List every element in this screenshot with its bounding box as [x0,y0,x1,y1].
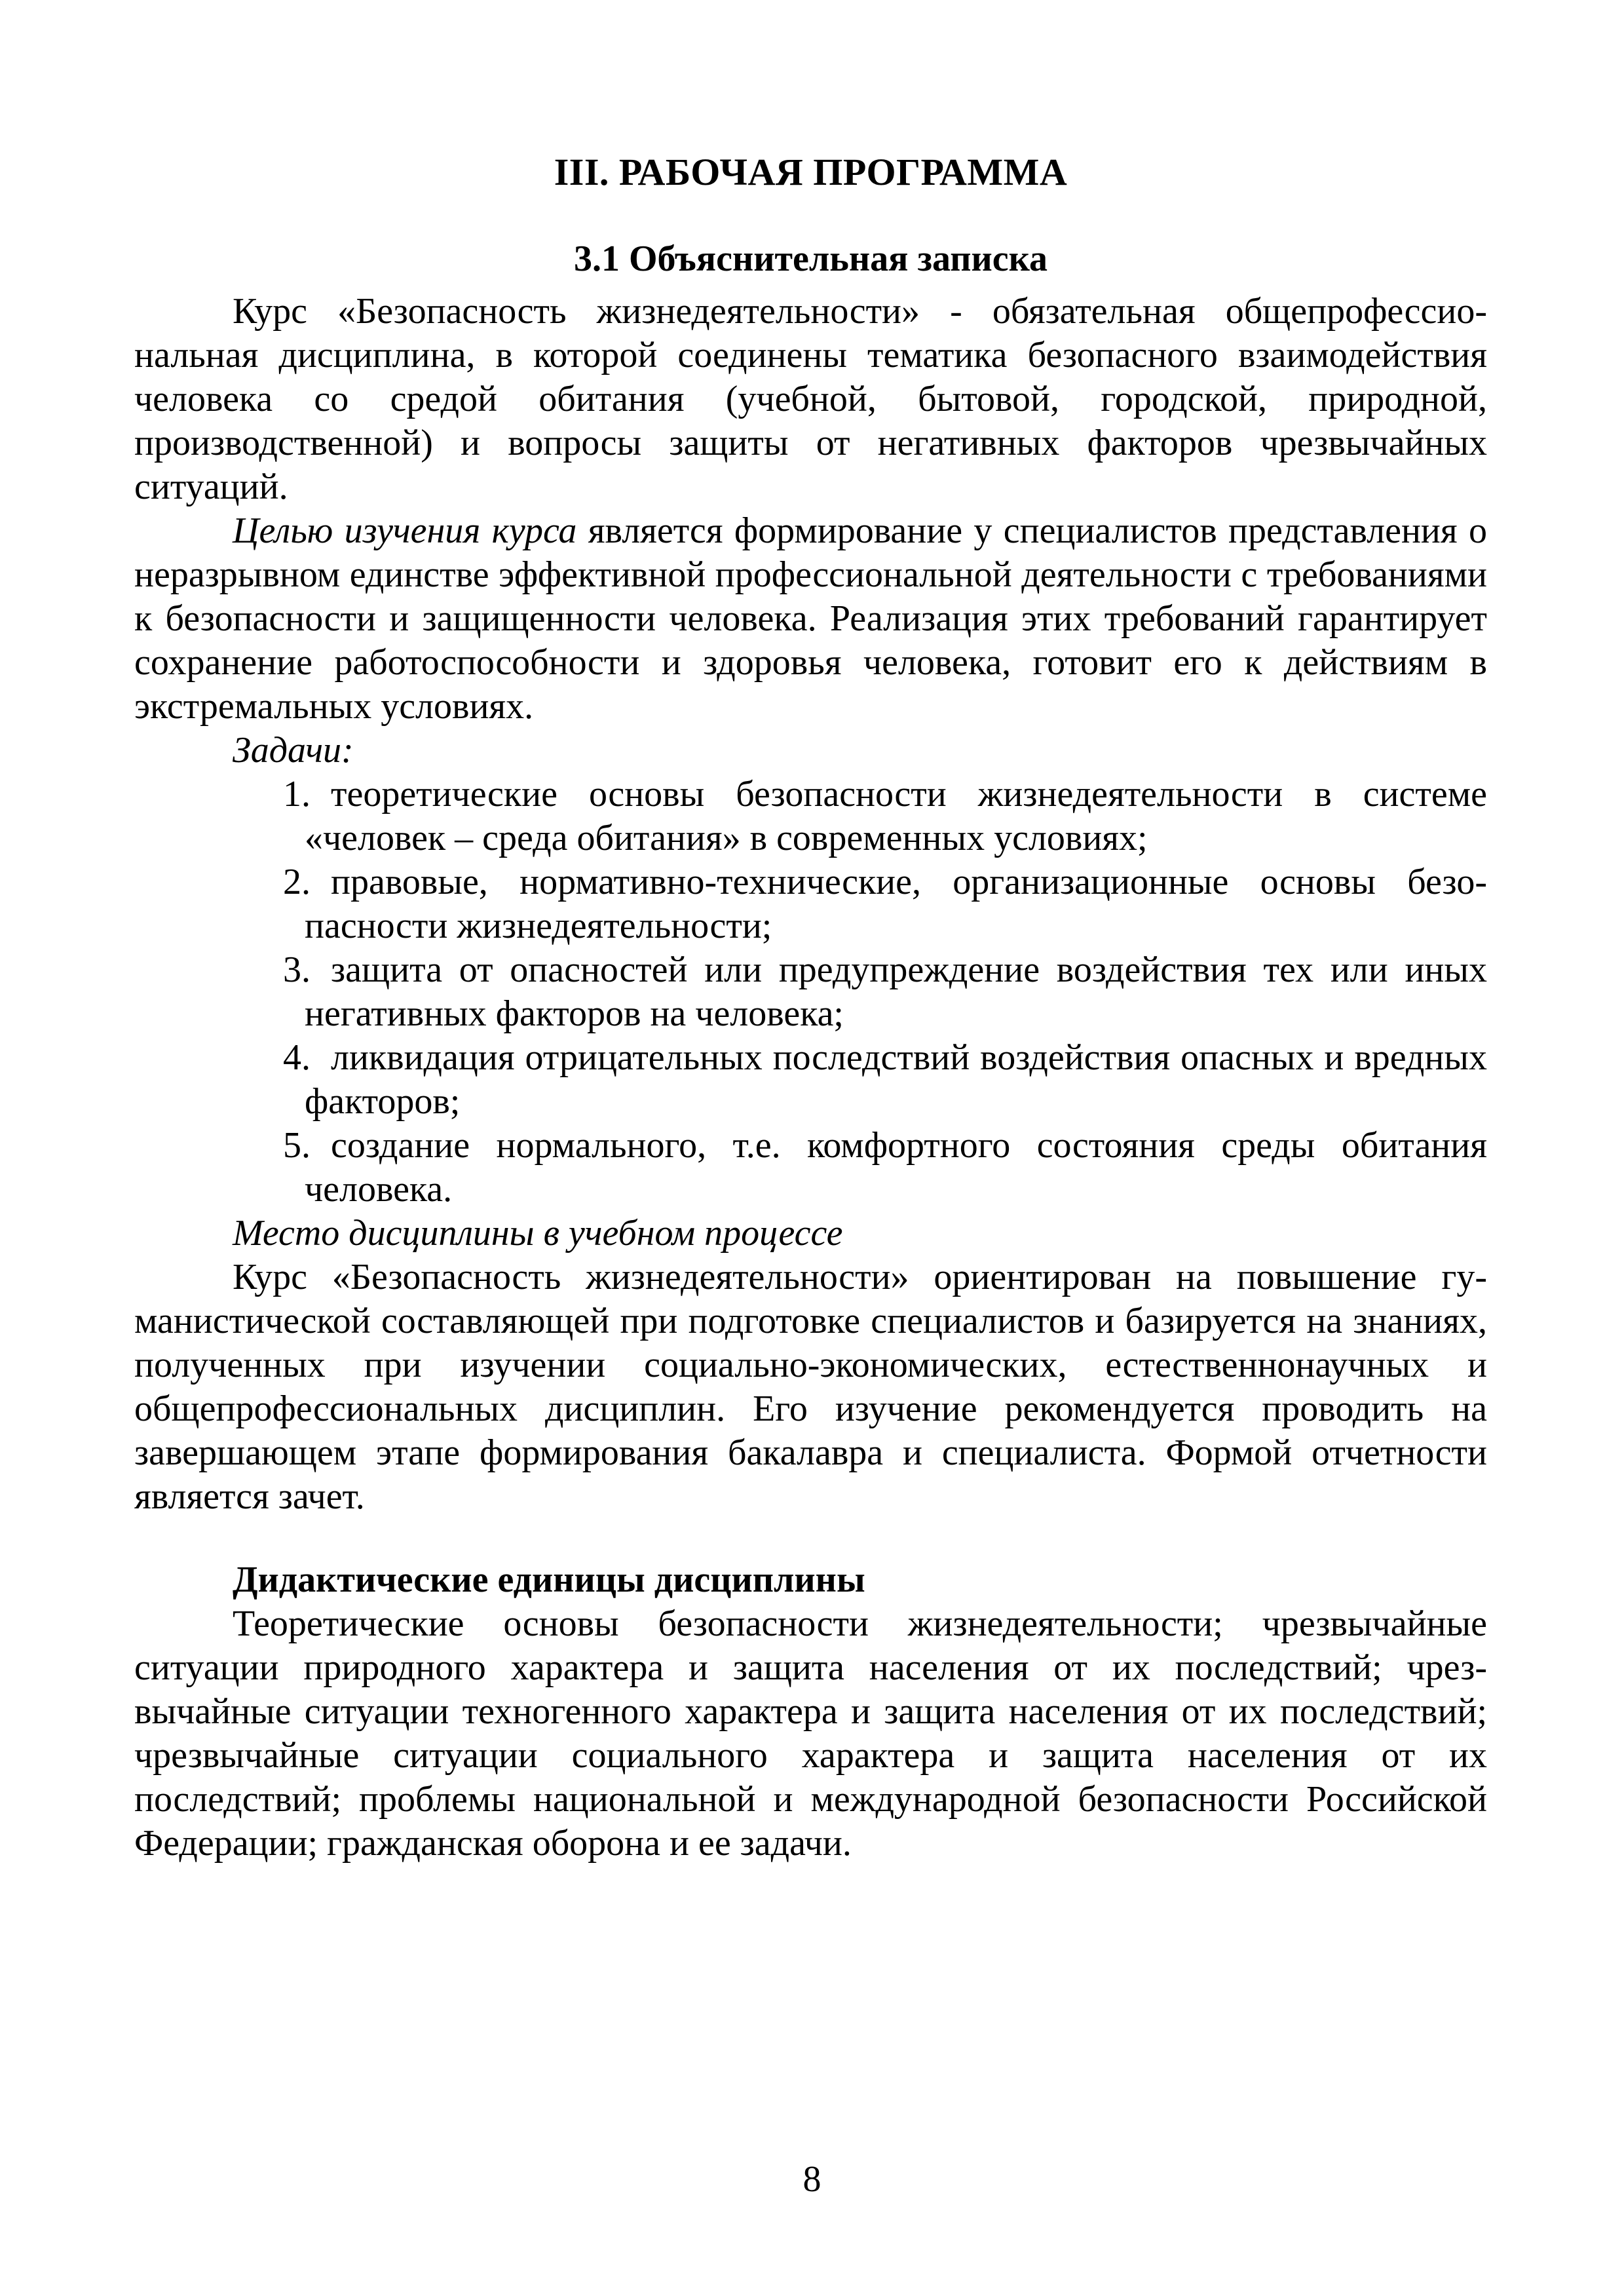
tasks-subheading: Задачи: [134,729,1487,773]
page-number: 8 [0,2160,1624,2199]
paragraph-didactic-units: Теоретические основы безопасности жизнед… [134,1602,1487,1865]
place-subheading: Место дисциплины в учебном процессе [134,1212,1487,1255]
paragraph-course-intro: Курс «Безопасность жизнедеятельности» - … [134,290,1487,509]
document-body: Курс «Безопасность жизнедеятельности» - … [134,290,1487,1865]
task-item-text: создание нормального, т.е. комфортного с… [305,1125,1487,1210]
task-item-text: правовые, нормативно-технические, органи… [305,862,1487,946]
task-item: ликвидация отрицательных последствий воз… [305,1036,1487,1124]
document-page: III. РАБОЧАЯ ПРОГРАММА 3.1 Объяснительна… [0,0,1624,2296]
didactic-units-heading: Дидактические единицы дисциплины [134,1558,1487,1602]
task-item: правовые, нормативно-технические, органи… [305,860,1487,948]
task-item-text: теоретические основы безопасности жизнед… [305,774,1487,858]
tasks-list: теоретические основы безопасности жизнед… [134,773,1487,1212]
task-item-text: ликвидация отрицательных последствий воз… [305,1037,1487,1122]
task-item: защита от опасностей или предупреждение … [305,948,1487,1036]
course-goal-italic-lead: Целью изучения курса [233,510,576,551]
document-title: III. РАБОЧАЯ ПРОГРАММА [134,149,1487,195]
paragraph-course-place: Курс «Безопасность жизнедеятельности» ор… [134,1255,1487,1519]
task-item: создание нормального, т.е. комфортного с… [305,1124,1487,1212]
paragraph-course-goal: Целью изучения курса является формирован… [134,509,1487,729]
task-item-text: защита от опасностей или предупреждение … [305,949,1487,1034]
task-item: теоретические основы безопасности жизнед… [305,773,1487,860]
section-heading: 3.1 Объяснительная записка [134,236,1487,282]
